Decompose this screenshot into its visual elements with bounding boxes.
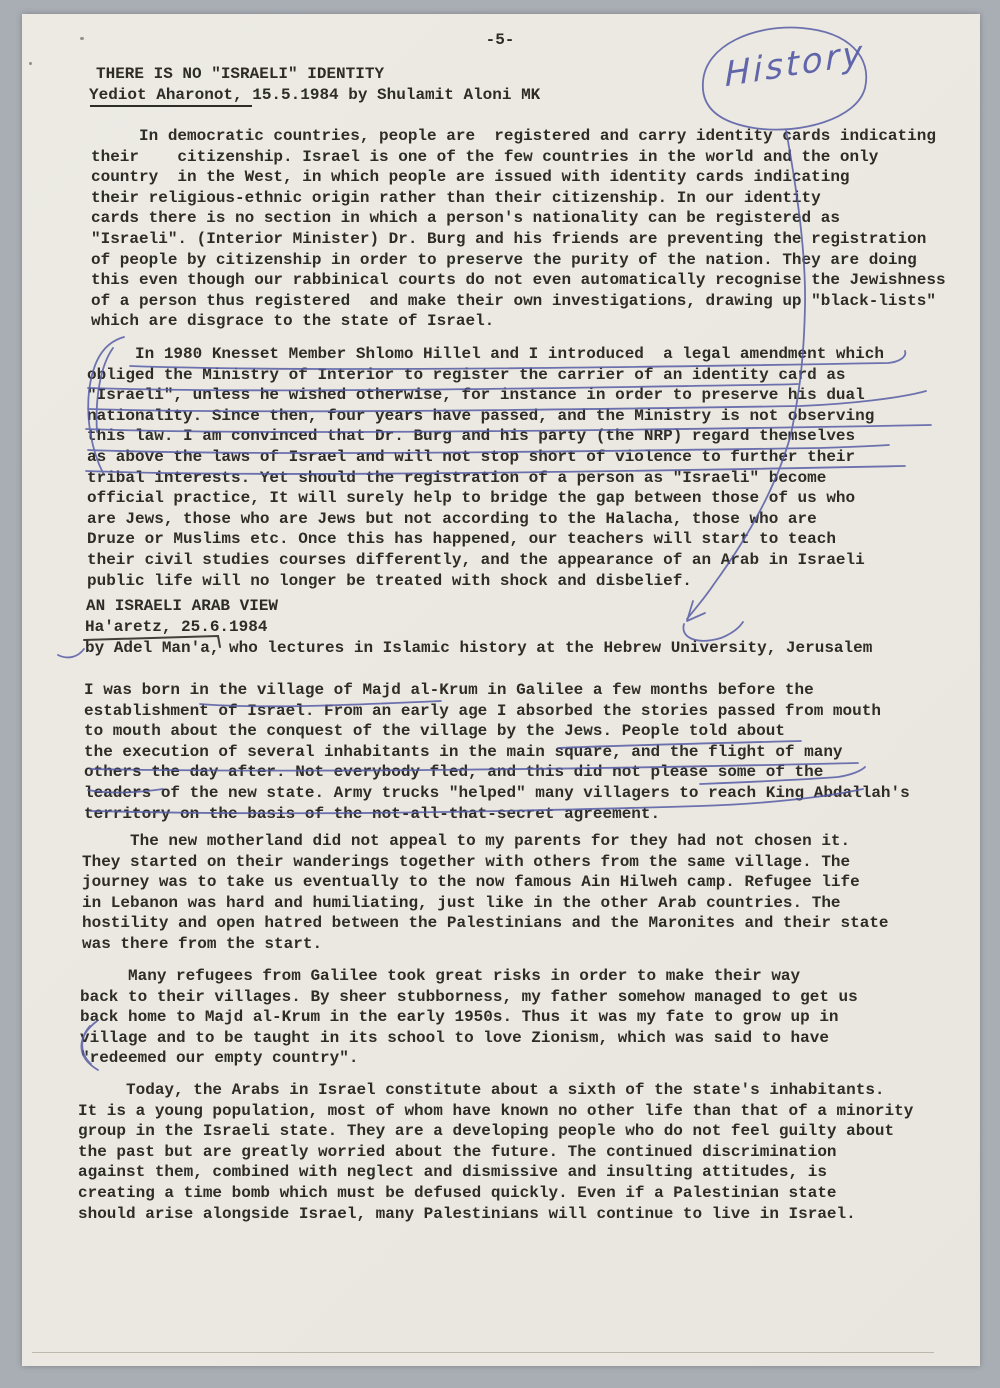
article2-source: Ha'aretz, 25.6.1984 — [85, 617, 267, 638]
article1-byline: Yediot Aharonot, 15.5.1984 by Shulamit A… — [89, 85, 540, 106]
article2-paragraph-4: Today, the Arabs in Israel constitute ab… — [78, 1080, 913, 1224]
paper-speck — [29, 62, 32, 65]
article2-paragraph-2: The new motherland did not appeal to my … — [82, 831, 889, 955]
article2-title: AN ISRAELI ARAB VIEW — [86, 596, 278, 617]
article2-paragraph-1: I was born in the village of Majd al-Kru… — [84, 680, 910, 824]
article1-paragraph-2: In 1980 Knesset Member Shlomo Hillel and… — [87, 344, 884, 591]
underlying-sheet-edge — [32, 1352, 934, 1353]
article1-paragraph-1: In democratic countries, people are regi… — [91, 126, 946, 332]
typed-underline — [90, 105, 252, 107]
article2-byline: by Adel Man'a, who lectures in Islamic h… — [85, 638, 872, 659]
article1-title: THERE IS NO "ISRAELI" IDENTITY — [96, 64, 384, 85]
article2-paragraph-3: Many refugees from Galilee took great ri… — [80, 966, 858, 1069]
